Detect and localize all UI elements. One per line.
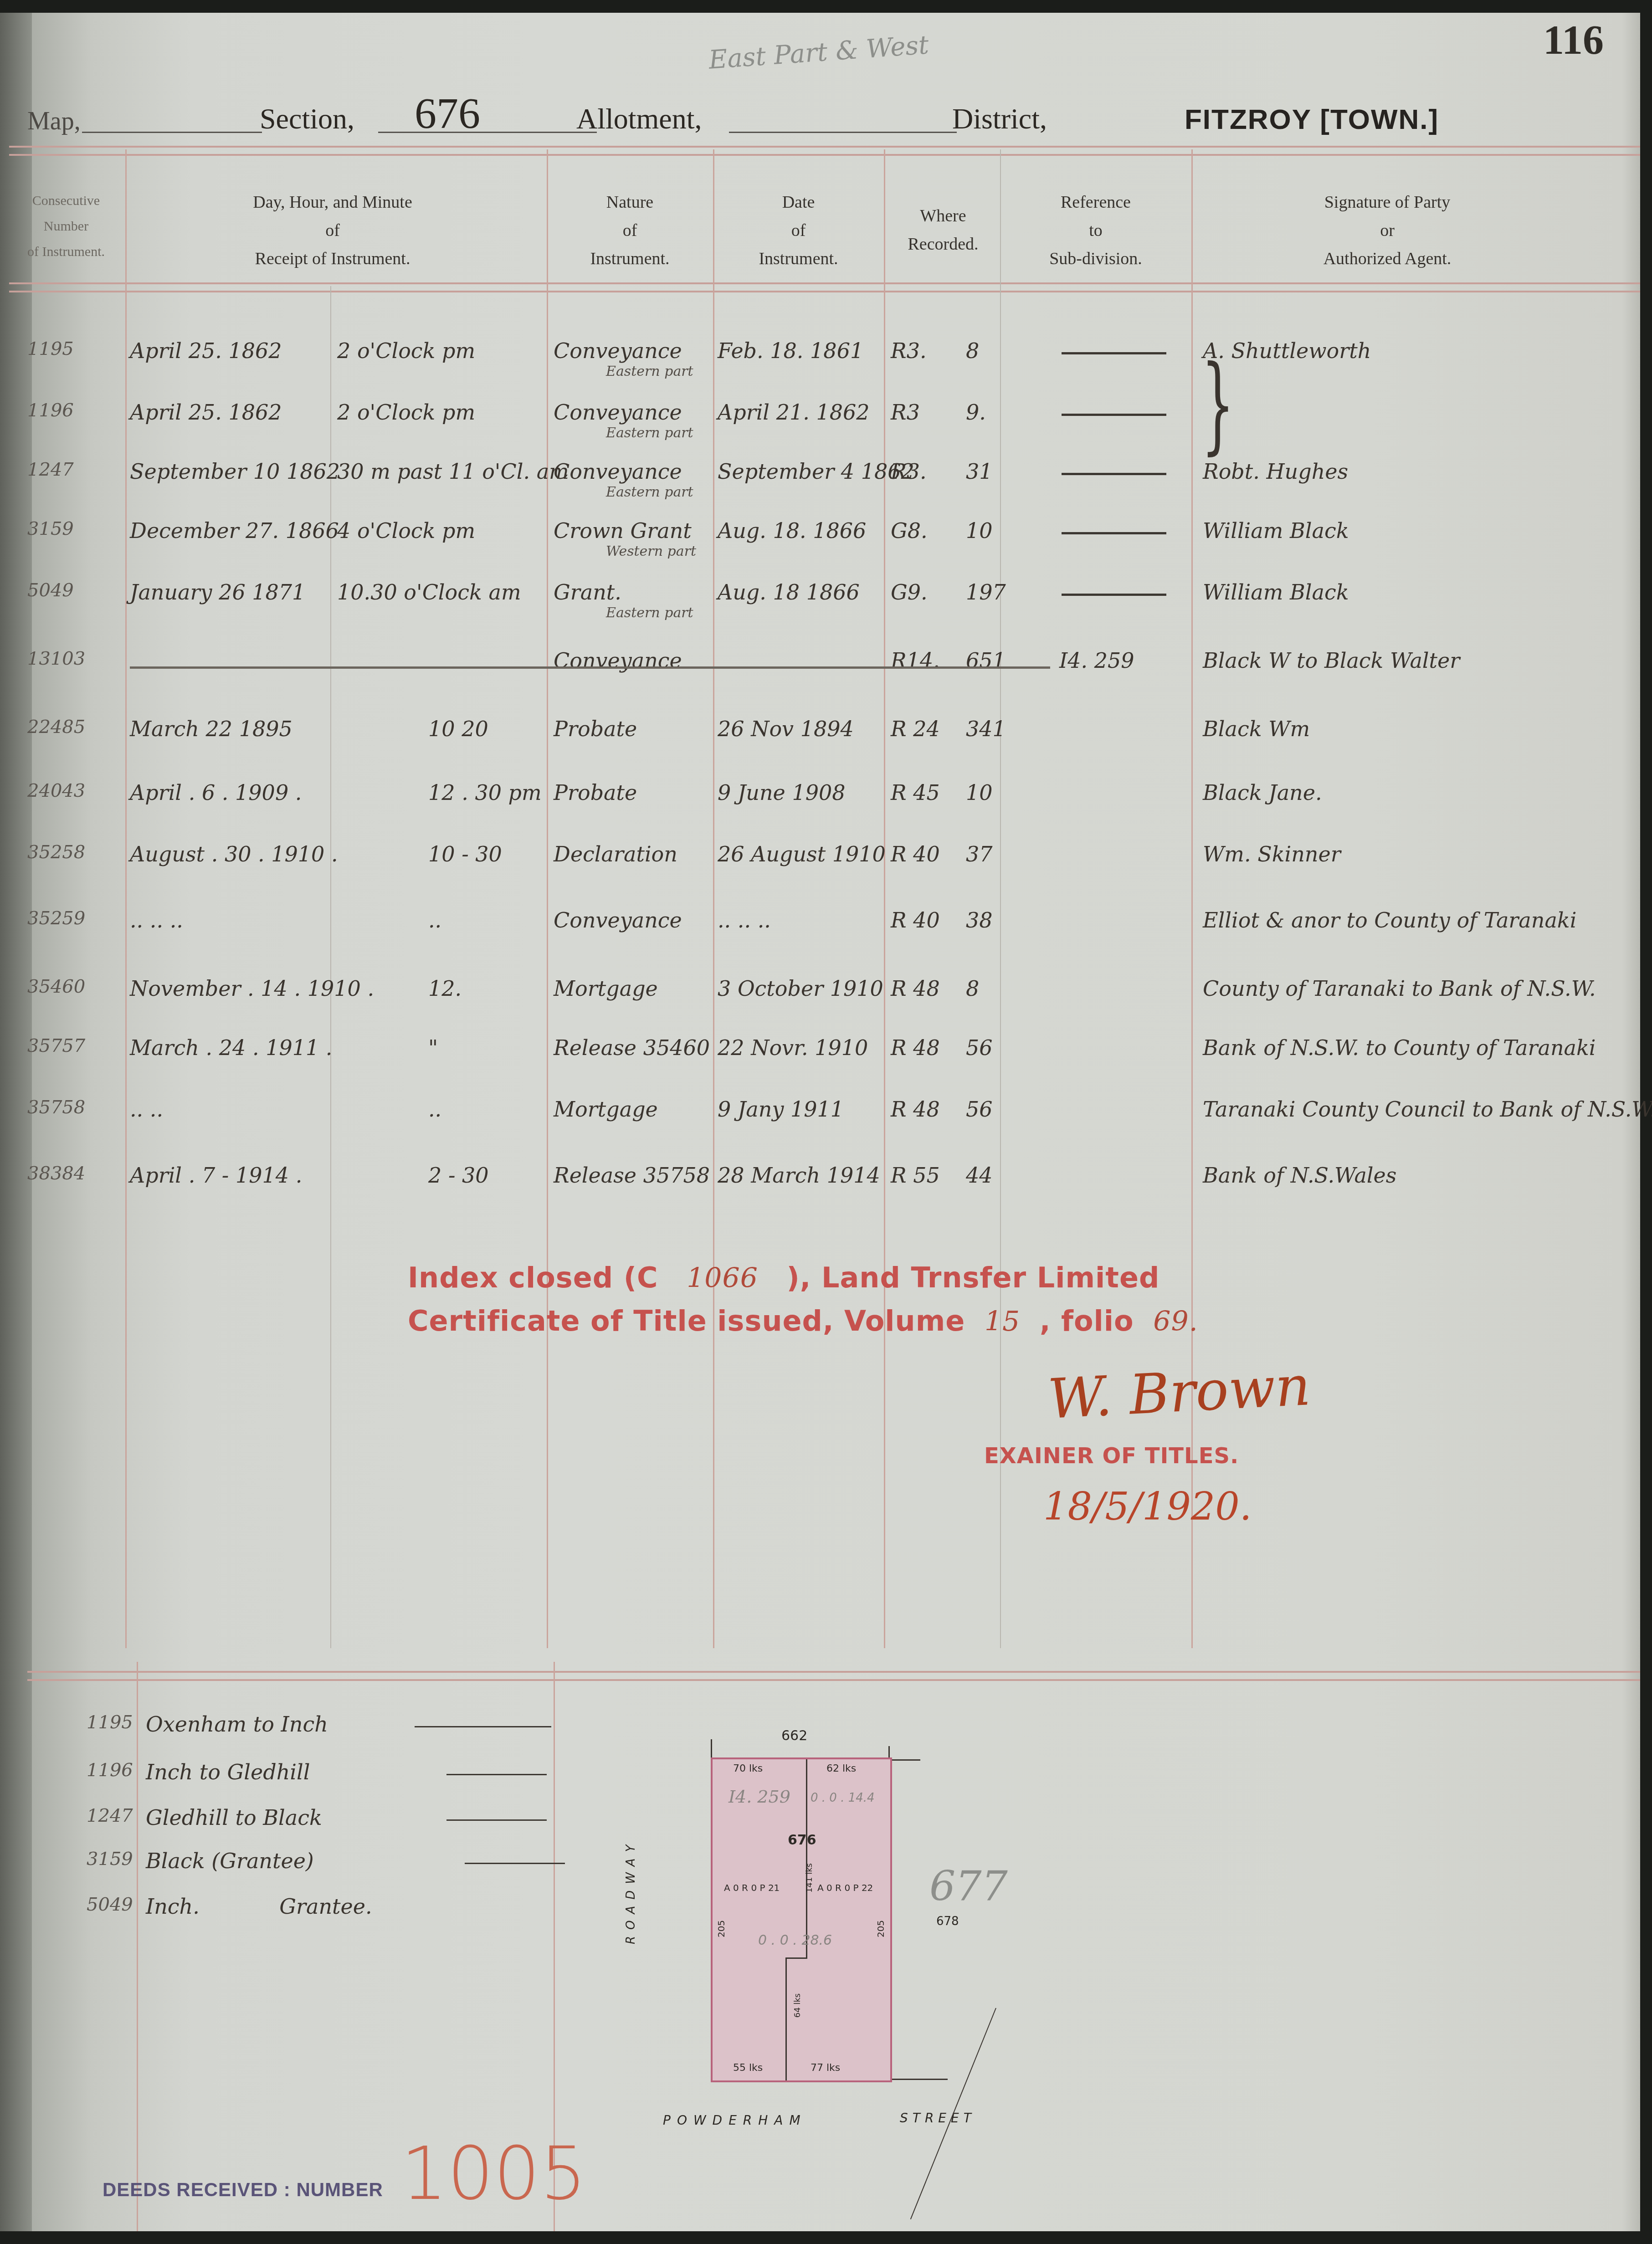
date-of-instrument: 3 October 1910 [718, 976, 883, 1001]
allotment-field [729, 132, 957, 133]
receipt-date: April 25. 1862 [130, 400, 282, 425]
col-header-line: Signature of Party [1194, 188, 1581, 216]
entry-number: 22485 [27, 717, 85, 738]
col-header-receipt: Day, Hour, and Minute of Receipt of Inst… [128, 188, 538, 273]
table-row: 24043April . 6 . 1909 .12 . 30 pmProbate… [0, 780, 1640, 840]
chain-text: Inch. Grantee. [146, 1894, 372, 1919]
plan-pencil-area: 0 . 0 . 14.4 [811, 1791, 875, 1805]
nature-note: Eastern part [606, 484, 693, 500]
table-row: 1247September 10 186230 m past 11 o'Cl. … [0, 459, 1640, 518]
section-value: 676 [415, 88, 480, 138]
entry-number: 38384 [27, 1163, 85, 1184]
stamp-text: , folio [1040, 1304, 1134, 1337]
col-header-date: Date of Instrument. [715, 188, 882, 273]
receipt-time: " [428, 1035, 438, 1060]
folio-number: 56 [966, 1097, 993, 1122]
col-header-line: or [1194, 216, 1581, 245]
deeds-number: 1005 [401, 2131, 586, 2216]
chain-dash [446, 1815, 547, 1824]
where-recorded: G8. [891, 518, 928, 543]
where-recorded: R 40 [891, 842, 940, 866]
folio-number: 38 [966, 908, 993, 932]
col-header-line: Instrument. [549, 245, 711, 273]
plan-dim: 205 [716, 1920, 727, 1937]
brace-bracket: } [1201, 352, 1235, 457]
reference-dash [1062, 348, 1166, 357]
col-header-line: Date [715, 188, 882, 216]
nature-note: Western part [606, 543, 696, 559]
receipt-date: September 10 1862 [130, 459, 340, 484]
col-header-number: Consecutive Number of Instrument. [9, 188, 123, 265]
plan-roadway-label: ROADWAY [624, 1839, 638, 1944]
index-closed-stamp: Index closed (C 1066 ), Land Trnsfer Lim… [408, 1261, 1159, 1294]
where-recorded: R 48 [891, 1097, 940, 1122]
receipt-time: 4 o'Clock pm [337, 518, 475, 543]
receipt-date: March 22 1895 [130, 717, 292, 741]
folio-number: 69. [1144, 1306, 1198, 1337]
receipt-date: April . 7 - 1914 . [130, 1163, 302, 1188]
chain-text: Inch to Gledhill [146, 1760, 310, 1784]
date-of-instrument: Feb. 18. 1861 [718, 338, 863, 363]
plan-street-label: STREET [900, 2111, 976, 2126]
plan-dim: 77 lks [811, 2062, 840, 2074]
signature-of-party: Wm. Skinner [1203, 842, 1341, 866]
receipt-time: 12. [428, 976, 462, 1001]
chain-number: 1247 [87, 1805, 133, 1826]
signature-of-party: Black W to Black Walter [1203, 648, 1460, 673]
volume-number: 15 [975, 1306, 1029, 1337]
date-of-instrument: 28 March 1914 [718, 1163, 880, 1188]
signature-of-party: Black Jane. [1203, 780, 1322, 805]
chain-number: 5049 [87, 1894, 133, 1915]
nature-of-instrument: Mortgage [554, 976, 658, 1001]
section-label: Section, [260, 102, 354, 136]
receipt-date: August . 30 . 1910 . [130, 842, 338, 866]
nature-of-instrument: Crown Grant [554, 518, 692, 543]
table-row: 3159December 27. 18664 o'Clock pmCrown G… [0, 518, 1640, 578]
nature-of-instrument: Conveyance [554, 338, 682, 363]
district-value: FITZROY [TOWN.] [1185, 103, 1439, 136]
plan-dim: 141 lks [805, 1863, 814, 1893]
col-header-where: Where Recorded. [886, 202, 1000, 258]
folio-number: 10 [966, 780, 993, 805]
plan-dim: 62 lks [826, 1763, 856, 1774]
map-field [82, 132, 262, 133]
col-header-line: of [549, 216, 711, 245]
signature-of-party: Taranaki County Council to Bank of N.S.W… [1203, 1097, 1652, 1122]
table-row: 35259.. .. ....Conveyance.. .. ..R 4038E… [0, 908, 1640, 967]
receipt-date: April 25. 1862 [130, 338, 282, 363]
signature-of-party: Bank of N.S.W. to County of Taranaki [1203, 1035, 1596, 1060]
table-row: 1196April 25. 18622 o'Clock pmConveyance… [0, 400, 1640, 459]
stamp-text: Index closed (C [408, 1261, 658, 1294]
date-of-instrument: 9 June 1908 [718, 780, 846, 805]
folio-number: 8 [966, 338, 979, 363]
where-recorded: R14. [891, 648, 940, 673]
nature-of-instrument: Release 35758 [554, 1163, 710, 1188]
nature-note: Eastern part [606, 364, 693, 379]
date-of-instrument: Aug. 18 1866 [718, 580, 860, 605]
page-number: 116 [1543, 15, 1604, 64]
where-recorded: R3. [891, 459, 927, 484]
folio-number: 37 [966, 842, 993, 866]
receipt-date: .. .. [130, 1097, 163, 1122]
date-of-instrument: Aug. 18. 1866 [718, 518, 866, 543]
table-row: 22485March 22 189510 20Probate26 Nov 189… [0, 717, 1640, 776]
table-row: 5049January 26 187110.30 o'Clock amGrant… [0, 580, 1640, 639]
table-row: 35258August . 30 . 1910 .10 - 30Declarat… [0, 842, 1640, 901]
signature-of-party: Black Wm [1203, 717, 1310, 741]
where-recorded: R3 [891, 400, 920, 425]
reference-dash [1062, 528, 1166, 537]
col-header-line: Authorized Agent. [1194, 245, 1581, 273]
col-header-line: Number [9, 214, 123, 239]
plan-lot-divider [806, 1759, 807, 1957]
entry-number: 24043 [27, 780, 85, 801]
plan-boundary [888, 2079, 948, 2080]
plan-section-label: 676 [788, 1832, 816, 1848]
table-row: 35758.. ....Mortgage9 Jany 1911R 4856Tar… [0, 1097, 1640, 1156]
nature-of-instrument: Mortgage [554, 1097, 658, 1122]
nature-note: Eastern part [606, 425, 693, 441]
plan-dim: 70 lks [733, 1763, 763, 1774]
entry-number: 3159 [27, 518, 74, 539]
date-of-instrument: April 21. 1862 [718, 400, 870, 425]
col-header-signature: Signature of Party or Authorized Agent. [1194, 188, 1581, 273]
entry-number: 13103 [27, 648, 85, 669]
plan-dim: 55 lks [733, 2062, 763, 2074]
col-header-line: Receipt of Instrument. [128, 245, 538, 273]
entry-number: 1196 [27, 400, 74, 421]
col-header-line: Recorded. [886, 230, 1000, 258]
date-of-instrument: .. .. .. [718, 908, 771, 932]
folio-number: 9. [966, 400, 986, 425]
signature-of-party: County of Taranaki to Bank of N.S.W. [1203, 976, 1596, 1001]
reference-dash [1062, 410, 1166, 419]
date-of-instrument: 9 Jany 1911 [718, 1097, 844, 1122]
receipt-date: January 26 1871 [130, 580, 305, 605]
nature-of-instrument: Conveyance [554, 648, 682, 673]
receipt-time: 30 m past 11 o'Cl. am [337, 459, 569, 484]
nature-note: Eastern part [606, 605, 693, 621]
reference-dash [1062, 469, 1166, 478]
where-recorded: R 48 [891, 976, 940, 1001]
entry-number: 35757 [27, 1035, 85, 1056]
folio-number: 56 [966, 1035, 993, 1060]
chain-number: 1196 [87, 1760, 133, 1781]
where-recorded: R 24 [891, 717, 940, 741]
receipt-date: November . 14 . 1910 . [130, 976, 374, 1001]
chain-dash [415, 1722, 551, 1731]
col-header-line: of [715, 216, 882, 245]
plan-east-label: 678 [936, 1915, 959, 1928]
receipt-date: December 27. 1866 [130, 518, 339, 543]
folio-number: 31 [966, 459, 993, 484]
nature-of-instrument: Conveyance [554, 400, 682, 425]
where-recorded: G9. [891, 580, 928, 605]
table-row: 35757March . 24 . 1911 ."Release 3546022… [0, 1035, 1640, 1095]
reference-dash [1062, 590, 1166, 599]
date-of-instrument: 26 Nov 1894 [718, 717, 854, 741]
entry-number: 5049 [27, 580, 74, 601]
signature-of-party: Bank of N.S.Wales [1203, 1163, 1396, 1188]
where-recorded: R 48 [891, 1035, 940, 1060]
plan-pencil-east: 677 [929, 1862, 1008, 1910]
map-label: Map, [27, 107, 81, 136]
where-recorded: R 45 [891, 780, 940, 805]
col-header-line: of [128, 216, 538, 245]
plan-dim: 64 lks [793, 1993, 802, 2018]
plan-lot-divider [785, 1957, 807, 1959]
receipt-time: 2 o'Clock pm [337, 338, 475, 363]
plan-boundary [711, 1739, 712, 1760]
folio-number: 44 [966, 1163, 993, 1188]
entry-number: 1247 [27, 459, 74, 480]
col-header-line: Where [886, 202, 1000, 230]
receipt-date: .. .. .. [130, 908, 183, 932]
nature-of-instrument: Conveyance [554, 908, 682, 932]
deeds-received-stamp: DEEDS RECEIVED : NUMBER [103, 2179, 383, 2201]
table-row: 13103ConveyanceR14.651Black W to Black W… [0, 648, 1640, 707]
chain-dash [465, 1859, 565, 1867]
plan-lot: 70 lks 62 lks I4. 259 0 . 0 . 14.4 676 A… [711, 1757, 892, 2082]
chain-text: Oxenham to Inch [146, 1712, 328, 1737]
district-label: District, [952, 102, 1047, 136]
folio-number: 8 [966, 976, 979, 1001]
plan-area-east: A 0 R 0 P 22 [817, 1882, 873, 1893]
plan-pencil-total: 0 . 0 . 28.6 [758, 1932, 832, 1948]
table-row: 1195April 25. 18622 o'Clock pmConveyance… [0, 338, 1640, 398]
col-header-line: Instrument. [715, 245, 882, 273]
table-row: 38384April . 7 - 1914 .2 - 30Release 357… [0, 1163, 1640, 1222]
plan-pencil-ref: I4. 259 [729, 1787, 790, 1807]
plan-north-label: 662 [781, 1728, 807, 1744]
chain-text: Gledhill to Black [146, 1805, 322, 1830]
folio-number: 651 [966, 648, 1006, 673]
folio-number: 197 [966, 580, 1006, 605]
signature-of-party: William Black [1203, 580, 1349, 605]
allotment-label: Allotment, [576, 102, 702, 136]
plan-lot-divider [785, 1957, 787, 2080]
receipt-time: .. [428, 1097, 441, 1122]
stamp-text: Certificate of Title issued, Volume [408, 1304, 965, 1337]
certificate-stamp: Certificate of Title issued, Volume 15 ,… [408, 1304, 1198, 1337]
col-header-line: Reference [1002, 188, 1189, 216]
receipt-time: 12 . 30 pm [428, 780, 542, 805]
col-header-line: to [1002, 216, 1189, 245]
examiner-label: EXAINER OF TITLES. [984, 1443, 1239, 1469]
section-field-line [378, 132, 597, 133]
lower-section-rule [27, 1671, 1640, 1681]
header-rule-bottom [9, 282, 1640, 292]
plan-street-label: POWDERHAM [663, 2113, 807, 2128]
receipt-time: 2 o'Clock pm [337, 400, 475, 425]
entry-number: 1195 [27, 338, 74, 359]
register-header: Map, Section, 676 Allotment, District, F… [27, 86, 1631, 136]
col-header-nature: Nature of Instrument. [549, 188, 711, 273]
col-header-line: Day, Hour, and Minute [128, 188, 538, 216]
header-rule-top [9, 146, 1640, 156]
receipt-date: April . 6 . 1909 . [130, 780, 302, 805]
nature-of-instrument: Declaration [554, 842, 677, 866]
table-row: 35460November . 14 . 1910 .12.Mortgage3 … [0, 976, 1640, 1035]
nature-of-instrument: Probate [554, 717, 637, 741]
examiner-signature: W. Brown [1047, 1354, 1312, 1431]
reference-subdivision: I4. 259 [1059, 648, 1134, 673]
receipt-time: 2 - 30 [428, 1163, 489, 1188]
date-of-instrument: September 4 1862 [718, 459, 914, 484]
signature-of-party: Elliot & anor to County of Taranaki [1203, 908, 1576, 932]
chain-number: 3159 [87, 1849, 133, 1870]
col-header-line: Sub-division. [1002, 245, 1189, 273]
plan-area-west: A 0 R 0 P 21 [724, 1882, 780, 1893]
receipt-time: .. [428, 908, 441, 932]
pencil-note: East Part & West [708, 30, 929, 75]
where-recorded: R 55 [891, 1163, 940, 1188]
stamp-text: ), Land Trnsfer Limited [786, 1261, 1159, 1294]
entry-number: 35758 [27, 1097, 85, 1118]
receipt-time: 10 20 [428, 717, 488, 741]
signature-of-party: William Black [1203, 518, 1349, 543]
chain-text: Black (Grantee) [146, 1849, 314, 1873]
col-header-line: of Instrument. [9, 239, 123, 265]
date-of-instrument: 26 August 1910 [718, 842, 886, 866]
plan-boundary [888, 1759, 920, 1761]
receipt-date: March . 24 . 1911 . [130, 1035, 332, 1060]
closure-date: 18/5/1920. [1043, 1484, 1252, 1529]
nature-of-instrument: Grant. [554, 580, 621, 605]
col-header-line: Consecutive [9, 188, 123, 214]
entry-number: 35460 [27, 976, 85, 997]
chain-number: 1195 [87, 1712, 133, 1733]
plan-dim: 205 [875, 1920, 886, 1937]
chain-dash [446, 1770, 547, 1778]
col-header-reference: Reference to Sub-division. [1002, 188, 1189, 273]
nature-of-instrument: Probate [554, 780, 637, 805]
where-recorded: R3. [891, 338, 927, 363]
strike-line [130, 666, 1050, 669]
receipt-time: 10.30 o'Clock am [337, 580, 521, 605]
entry-number: 35259 [27, 908, 85, 929]
closure-number: 1066 [668, 1262, 776, 1294]
nature-of-instrument: Release 35460 [554, 1035, 710, 1060]
register-page: East Part & West 116 Map, Section, 676 A… [0, 13, 1640, 2231]
nature-of-instrument: Conveyance [554, 459, 682, 484]
folio-number: 10 [966, 518, 993, 543]
entry-number: 35258 [27, 842, 85, 863]
col-header-line: Nature [549, 188, 711, 216]
receipt-time: 10 - 30 [428, 842, 502, 866]
where-recorded: R 40 [891, 908, 940, 932]
date-of-instrument: 22 Novr. 1910 [718, 1035, 868, 1060]
folio-number: 341 [966, 717, 1006, 741]
